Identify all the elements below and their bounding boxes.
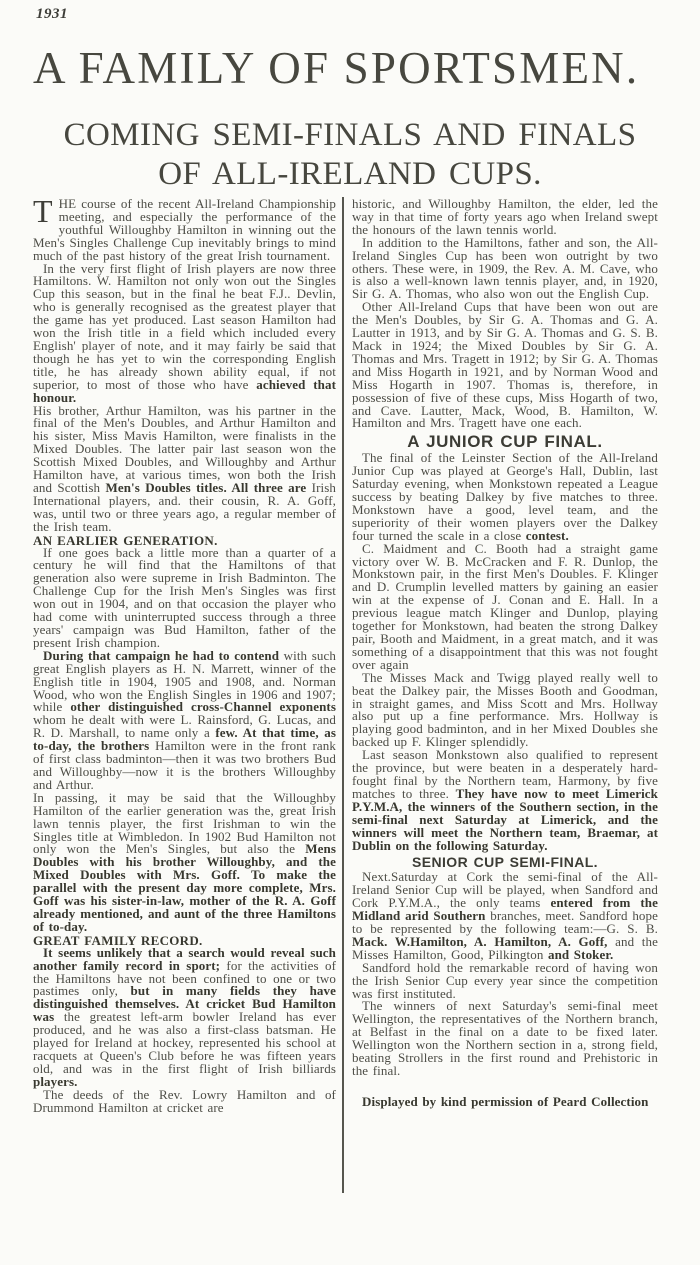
article-paragraph: During that campaign he had to contend w… [33,650,336,792]
article-paragraph: THE course of the recent All-Ireland Cha… [33,198,336,263]
article-paragraph: historic, and Willoughby Hamilton, the e… [352,198,658,237]
section-heading: A JUNIOR CUP FINAL. [352,432,658,451]
sub-headline: COMING SEMI-FINALS AND FINALS OF ALL-IRE… [40,116,660,194]
newspaper-page: 1931 A FAMILY OF SPORTSMEN. COMING SEMI-… [0,0,700,1265]
article-paragraph: His brother, Arthur Hamilton, was his pa… [33,405,336,534]
article-paragraph: Next.Saturday at Cork the semi-final of … [352,871,658,961]
article-paragraph: The deeds of the Rev. Lowry Hamilton and… [33,1089,336,1115]
article-paragraph: In passing, it may be said that the Will… [33,792,336,934]
article-paragraph: The final of the Leinster Section of the… [352,452,658,542]
article-paragraph: Sandford hold the remarkable record of h… [352,962,658,1001]
article-paragraph: It seems unlikely that a search would re… [33,947,336,1089]
main-headline: A FAMILY OF SPORTSMEN. [33,42,639,94]
article-paragraph: C. Maidment and C. Booth had a straight … [352,543,658,672]
article-paragraph: If one goes back a little more than a qu… [33,547,336,650]
year-label: 1931 [36,6,68,23]
right-column: historic, and Willoughby Hamilton, the e… [352,198,658,1109]
left-column: THE course of the recent All-Ireland Cha… [33,198,336,1115]
article-paragraph: The winners of next Saturday's semi-fina… [352,1000,658,1077]
section-heading: SENIOR CUP SEMI-FINAL. [352,854,658,870]
article-paragraph: The Misses Mack and Twigg played really … [352,672,658,749]
article-paragraph: Last season Monkstown also qualified to … [352,749,658,852]
column-divider-rule [342,197,344,1193]
article-paragraph: Other All-Ireland Cups that have been wo… [352,301,658,430]
drop-cap: T [33,198,59,224]
article-paragraph: In the very first flight of Irish player… [33,263,336,405]
credit-line: Displayed by kind permission of Peard Co… [352,1096,658,1109]
article-paragraph: In addition to the Hamiltons, father and… [352,237,658,302]
